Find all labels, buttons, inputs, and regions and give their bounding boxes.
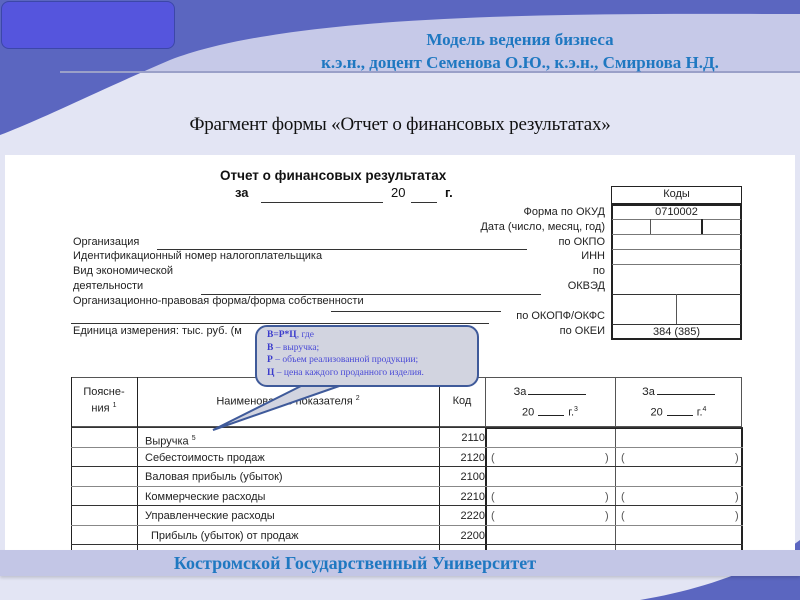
callout-formula: В=Р*Ц, где bbox=[267, 329, 467, 342]
callout-line-price: Ц – цена каждого проданного изделия. bbox=[267, 367, 467, 380]
callout-line-revenue: В – выручка; bbox=[267, 342, 467, 355]
text-v: – выручка; bbox=[273, 343, 319, 353]
text-p: – объем реализованной продукции; bbox=[273, 355, 418, 365]
callout-pointer bbox=[0, 0, 800, 600]
formula-callout: В=Р*Ц, где В – выручка; Р – объем реализ… bbox=[255, 325, 479, 387]
formula-text: В=Р*Ц bbox=[267, 330, 297, 340]
callout-line-volume: Р – объем реализованной продукции; bbox=[267, 354, 467, 367]
text-c: – цена каждого проданного изделия. bbox=[274, 368, 423, 378]
formula-tail: , где bbox=[297, 330, 314, 340]
